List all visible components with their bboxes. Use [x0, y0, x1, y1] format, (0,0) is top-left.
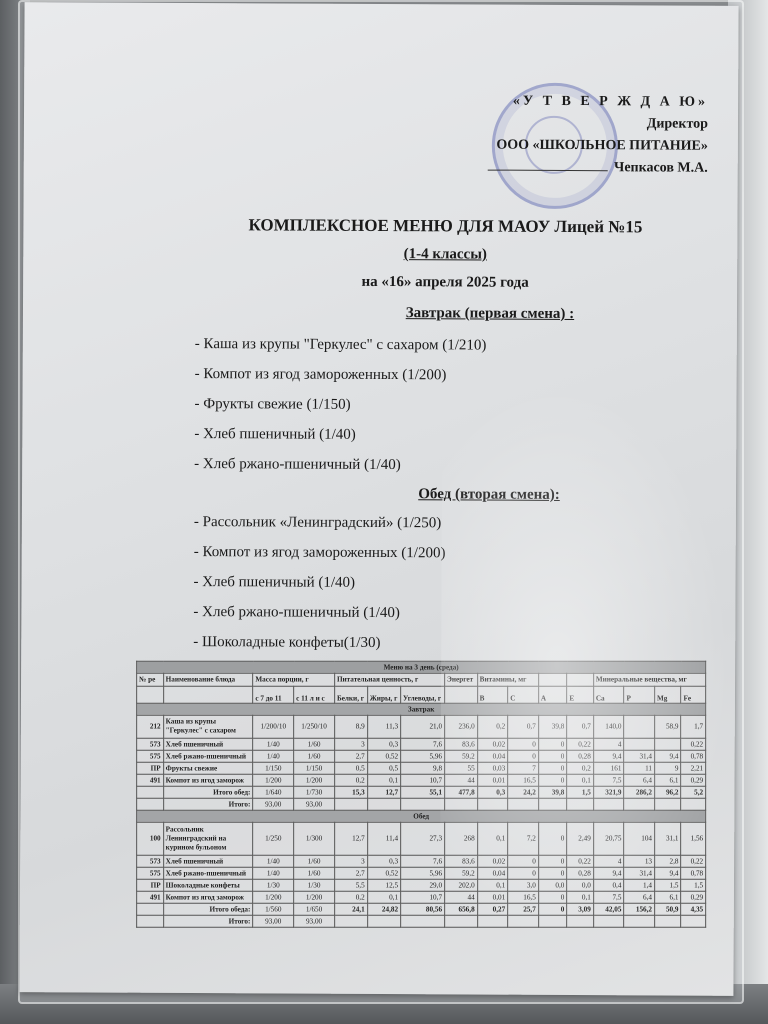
value-cell: 0,3: [367, 855, 400, 867]
list-item: Шоколадные конфеты(1/30): [193, 627, 445, 658]
value-cell: 3: [334, 738, 367, 750]
subheader-cell: B: [477, 686, 508, 703]
approval-signatory: Чепкасов М.А.: [614, 160, 708, 175]
header-vitamins: Витамины, мг: [477, 673, 538, 686]
value-cell: 1,5: [655, 879, 682, 891]
portion-11-plus: 1/200: [294, 774, 335, 786]
total-value: 5,2: [681, 786, 706, 798]
subheader-cell: A: [538, 686, 567, 703]
table-cell: [137, 686, 164, 703]
table-cell: [334, 915, 367, 927]
value-cell: 0,02: [477, 855, 508, 867]
section-breakfast: Завтрак: [137, 703, 706, 715]
value-cell: 9,4: [655, 867, 682, 879]
table-cell: [508, 915, 539, 927]
value-cell: [624, 715, 655, 738]
portion-7-11: 1/40: [253, 738, 294, 750]
table-cell: [137, 798, 164, 810]
table-cell: [624, 798, 655, 810]
value-cell: 0: [538, 774, 567, 786]
value-cell: 1,4: [624, 879, 655, 891]
value-cell: 2,21: [681, 762, 706, 774]
value-cell: 0,7: [567, 715, 594, 738]
value-cell: 13: [624, 855, 655, 867]
portion-11-plus: 1/250/10: [294, 715, 335, 738]
value-cell: 0: [538, 762, 567, 774]
value-cell: 0,2: [334, 774, 367, 786]
list-item: Каша из крупы "Геркулес" с сахаром (1/21…: [195, 329, 487, 361]
date-line: на «16» апреля 2025 года: [23, 272, 737, 293]
value-cell: 9,4: [593, 867, 624, 879]
value-cell: 0,0: [538, 879, 567, 891]
subheader-cell: с 7 до 11: [253, 686, 294, 703]
header-nutrition: Питательная ценность, г: [334, 673, 444, 686]
table-row: ПРФрукты свежие1/1501/1500,50,59,8550,03…: [137, 762, 706, 774]
value-cell: 0,52: [367, 750, 400, 762]
grand-total-label: Итого:: [163, 798, 253, 810]
value-cell: 0,02: [477, 738, 508, 750]
value-cell: 0,4: [593, 879, 624, 891]
value-cell: 0,29: [681, 774, 706, 786]
value-cell: 1,56: [681, 822, 706, 855]
subheader-cell: Ca: [593, 686, 624, 703]
total-value: 39,8: [538, 786, 567, 798]
total-value: 156,2: [624, 903, 655, 915]
approval-heading: «У Т В Е Р Ж Д А Ю»: [488, 91, 708, 114]
subheader-cell: Mg: [655, 686, 682, 703]
value-cell: 0: [538, 855, 567, 867]
table-caption: Меню на 3 день (среда): [137, 661, 706, 673]
value-cell: 6,1: [655, 774, 682, 786]
dish-name: Рассольник Ленинградский на курином буль…: [163, 822, 253, 855]
recipe-number: 575: [137, 867, 164, 879]
total-value: 24,1: [334, 903, 367, 915]
table-cell: [538, 798, 567, 810]
total-value: 0,27: [477, 903, 508, 915]
value-cell: 10,7: [401, 891, 445, 903]
table-cell: [477, 915, 508, 927]
subheader-cell: [445, 686, 478, 703]
value-cell: 104: [624, 822, 655, 855]
dish-name: Шоколадные конфеты: [163, 879, 253, 891]
value-cell: 0,7: [508, 715, 539, 738]
total-value: 0: [538, 903, 567, 915]
value-cell: 0,01: [477, 774, 508, 786]
breakfast-heading: Завтрак (первая смена) :: [23, 303, 737, 324]
portion-11-plus: 1/300: [294, 822, 335, 855]
list-item: Хлеб ржано-пшеничный (1/40): [193, 597, 445, 628]
subheader-cell: C: [508, 686, 539, 703]
table-cell: [567, 673, 594, 686]
value-cell: 11,4: [367, 822, 400, 855]
value-cell: 0,52: [367, 867, 400, 879]
portion-11-plus: 1/60: [294, 738, 335, 750]
table-cell: [624, 915, 655, 927]
list-item: Хлеб пшеничный (1/40): [193, 567, 445, 598]
total-value: 24,2: [508, 786, 539, 798]
recipe-number: 575: [137, 750, 164, 762]
subheader-cell: Жиры, г: [367, 686, 400, 703]
dish-name: Хлеб пшеничный: [163, 738, 253, 750]
value-cell: 0,22: [567, 738, 594, 750]
portion-7-11: 1/250: [253, 822, 294, 855]
value-cell: 3: [334, 855, 367, 867]
total-value: 3,09: [567, 903, 594, 915]
portion-11-plus: 1/200: [294, 891, 335, 903]
value-cell: [624, 738, 655, 750]
dish-name: Компот из ягод заморож: [163, 774, 253, 786]
table-cell: [137, 915, 164, 927]
total-value: 55,1: [401, 786, 445, 798]
grand-total-11-plus: 93,00: [294, 798, 335, 810]
value-cell: 0,1: [477, 879, 508, 891]
portion-7-11: 1/40: [253, 750, 294, 762]
table-cell: [567, 798, 594, 810]
value-cell: 44: [445, 774, 478, 786]
total-value: 24,82: [367, 903, 400, 915]
value-cell: 2,49: [567, 822, 594, 855]
total-value: 80,56: [401, 903, 445, 915]
value-cell: 2,8: [655, 855, 682, 867]
value-cell: 2,7: [334, 750, 367, 762]
value-cell: 55: [445, 762, 478, 774]
total-portion-11-plus: 1/650: [294, 903, 335, 915]
value-cell: 31,1: [655, 822, 682, 855]
list-item: Хлеб ржано-пшеничный (1/40): [194, 449, 486, 481]
header-portion: Масса порции, г: [253, 673, 335, 686]
portion-11-plus: 1/60: [294, 750, 335, 762]
value-cell: [655, 738, 682, 750]
value-cell: 0,2: [334, 891, 367, 903]
value-cell: 0: [508, 867, 539, 879]
value-cell: 16,5: [508, 891, 539, 903]
value-cell: 0,1: [367, 891, 400, 903]
table-row: 573Хлеб пшеничный1/401/6030,37,683,60,02…: [137, 855, 706, 867]
table-cell: [401, 798, 445, 810]
value-cell: 8,9: [334, 715, 367, 738]
dish-name: Хлеб ржано-пшеничный: [163, 867, 253, 879]
grand-total-11-plus: 93,00: [294, 915, 335, 927]
portion-7-11: 1/150: [253, 762, 294, 774]
value-cell: 0,1: [567, 774, 594, 786]
value-cell: 4: [593, 855, 624, 867]
portion-11-plus: 1/150: [294, 762, 335, 774]
total-value: 50,9: [655, 903, 682, 915]
value-cell: 10,7: [401, 774, 445, 786]
value-cell: 0: [538, 867, 567, 879]
table-cell: [538, 915, 567, 927]
value-cell: 7: [508, 762, 539, 774]
grand-total-7-11: 93,00: [253, 915, 294, 927]
value-cell: 9: [655, 762, 682, 774]
value-cell: 0: [538, 750, 567, 762]
value-cell: 11,3: [367, 715, 400, 738]
portion-7-11: 1/200/10: [253, 715, 294, 738]
value-cell: 11: [624, 762, 655, 774]
dish-name: Каша из крупы "Геркулес" с сахаром: [163, 715, 253, 738]
section-lunch: Обед: [137, 810, 706, 822]
grand-total-row: Итого:93,0093,00: [137, 915, 706, 927]
total-value: 15,3: [334, 786, 367, 798]
approval-block: «У Т В Е Р Ж Д А Ю» Директор ООО «ШКОЛЬН…: [488, 91, 708, 180]
table-cell: [655, 915, 682, 927]
table-row: 573Хлеб пшеничный1/401/6030,37,683,60,02…: [137, 738, 706, 750]
table-cell: [477, 798, 508, 810]
table-row: 575Хлеб ржано-пшеничный1/401/602,70,525,…: [137, 750, 706, 762]
table-cell: [367, 915, 400, 927]
recipe-number: 573: [137, 738, 164, 750]
value-cell: 31,4: [624, 750, 655, 762]
value-cell: 161: [593, 762, 624, 774]
value-cell: 7,5: [593, 891, 624, 903]
value-cell: 0,04: [477, 867, 508, 879]
total-portion-7-11: 1/560: [253, 903, 294, 915]
table-cell: [593, 915, 624, 927]
table-cell: [137, 903, 164, 915]
value-cell: 83,6: [445, 738, 478, 750]
value-cell: 31,4: [624, 867, 655, 879]
total-value: 477,8: [445, 786, 478, 798]
dish-name: Фрукты свежие: [163, 762, 253, 774]
value-cell: 44: [445, 891, 478, 903]
value-cell: 5,96: [401, 867, 445, 879]
value-cell: 0,78: [681, 867, 706, 879]
portion-7-11: 1/40: [253, 867, 294, 879]
value-cell: 0,22: [681, 738, 706, 750]
list-item: Компот из ягод замороженных (1/200): [195, 359, 487, 391]
table-cell: [137, 786, 164, 798]
value-cell: 0,0: [567, 879, 594, 891]
table-caption-row: Меню на 3 день (среда): [137, 661, 706, 673]
grades-label: (1-4 классы): [23, 244, 737, 265]
table-subheader-row: с 7 до 11с 11 л и сБелки, гЖиры, гУглево…: [137, 686, 706, 703]
header-dish: Наименование блюда: [163, 673, 253, 686]
section-label: Завтрак: [137, 703, 706, 715]
lunch-heading: Обед (вторая смена):: [22, 484, 736, 505]
table-cell: [445, 798, 478, 810]
table-cell: [681, 915, 706, 927]
approval-organization: ООО «ШКОЛЬНОЕ ПИТАНИЕ»: [488, 135, 708, 158]
value-cell: 0,2: [477, 715, 508, 738]
value-cell: 9,4: [655, 750, 682, 762]
value-cell: 236,0: [445, 715, 478, 738]
signature-line: [488, 170, 608, 172]
table-cell: [401, 915, 445, 927]
nutrition-table: Меню на 3 день (среда)№ реНаименование б…: [136, 661, 706, 928]
portion-11-plus: 1/60: [294, 867, 335, 879]
value-cell: 5,96: [401, 750, 445, 762]
total-row: Итого обед:1/6401/73015,312,755,1477,80,…: [137, 786, 706, 798]
value-cell: 59,2: [445, 867, 478, 879]
value-cell: 0,2: [567, 762, 594, 774]
value-cell: 7,6: [401, 738, 445, 750]
table-cell: [334, 798, 367, 810]
total-value: 25,7: [508, 903, 539, 915]
value-cell: 0,22: [567, 855, 594, 867]
header-minerals: Минеральные вещества, мг: [593, 673, 705, 686]
grand-total-label: Итого:: [163, 915, 253, 927]
total-portion-11-plus: 1/730: [294, 786, 335, 798]
table-cell: [538, 673, 567, 686]
table-header-row: № реНаименование блюдаМасса порции, гПит…: [137, 673, 706, 686]
lunch-list: Рассольник «Ленинградский» (1/250) Компо…: [193, 507, 446, 658]
total-value: 0,3: [477, 786, 508, 798]
table-row: 212Каша из крупы "Геркулес" с сахаром1/2…: [137, 715, 706, 738]
dish-name: Компот из ягод заморож: [163, 891, 253, 903]
recipe-number: 491: [137, 891, 164, 903]
value-cell: 268: [445, 822, 478, 855]
value-cell: 21,0: [401, 715, 445, 738]
total-value: 42,05: [593, 903, 624, 915]
dish-name: Хлеб ржано-пшеничный: [163, 750, 253, 762]
total-value: 96,2: [655, 786, 682, 798]
value-cell: 0: [508, 750, 539, 762]
table-cell: [508, 798, 539, 810]
value-cell: 58,9: [655, 715, 682, 738]
approval-position: Директор: [488, 113, 708, 136]
page-title: КОМПЛЕКСНОЕ МЕНЮ ДЛЯ МАОУ Лицей №15: [23, 214, 737, 238]
value-cell: 0,1: [567, 891, 594, 903]
value-cell: 7,2: [508, 822, 539, 855]
subheader-cell: P: [624, 686, 655, 703]
total-value: 1,5: [567, 786, 594, 798]
subheader-cell: с 11 л и с: [294, 686, 335, 703]
table-cell: [567, 915, 594, 927]
table-row: 491Компот из ягод заморож1/2001/2000,20,…: [137, 774, 706, 786]
value-cell: 0: [538, 738, 567, 750]
table-cell: [367, 798, 400, 810]
value-cell: 3,0: [508, 879, 539, 891]
recipe-number: ПР: [137, 879, 164, 891]
subheader-cell: E: [567, 686, 594, 703]
breakfast-list: Каша из крупы "Геркулес" с сахаром (1/21…: [194, 329, 486, 481]
value-cell: 7,6: [401, 855, 445, 867]
value-cell: 202,0: [445, 879, 478, 891]
table-cell: [593, 798, 624, 810]
portion-11-plus: 1/60: [294, 855, 335, 867]
total-value: 656,8: [445, 903, 478, 915]
list-item: Хлеб пшеничный (1/40): [194, 419, 486, 451]
value-cell: 0,22: [681, 855, 706, 867]
list-item: Рассольник «Ленинградский» (1/250): [194, 507, 446, 538]
value-cell: 9,8: [401, 762, 445, 774]
value-cell: 0,04: [477, 750, 508, 762]
value-cell: 0,1: [477, 822, 508, 855]
value-cell: 1,7: [681, 715, 706, 738]
value-cell: 0,5: [334, 762, 367, 774]
value-cell: 7,5: [593, 774, 624, 786]
table-row: ПРШоколадные конфеты1/301/305,512,529,02…: [137, 879, 706, 891]
subheader-cell: Углеводы, г: [401, 686, 445, 703]
table-cell: [655, 798, 682, 810]
table-cell: [163, 686, 253, 703]
recipe-number: 491: [137, 774, 164, 786]
value-cell: 12,7: [334, 822, 367, 855]
portion-11-plus: 1/30: [294, 879, 335, 891]
value-cell: 5,5: [334, 879, 367, 891]
table-cell: [681, 798, 706, 810]
portion-7-11: 1/200: [253, 891, 294, 903]
total-label: Итого обеда:: [163, 903, 253, 915]
total-value: 286,2: [624, 786, 655, 798]
dish-name: Хлеб пшеничный: [163, 855, 253, 867]
grand-total-7-11: 93,00: [253, 798, 294, 810]
value-cell: 6,4: [624, 891, 655, 903]
value-cell: 83,6: [445, 855, 478, 867]
recipe-number: 212: [137, 715, 164, 738]
value-cell: 1,5: [681, 879, 706, 891]
value-cell: 0: [538, 822, 567, 855]
value-cell: 0,28: [567, 867, 594, 879]
section-label: Обед: [137, 810, 706, 822]
value-cell: 4: [593, 738, 624, 750]
value-cell: 0: [508, 855, 539, 867]
value-cell: 39,8: [538, 715, 567, 738]
value-cell: 140,0: [593, 715, 624, 738]
header-recipe-no: № ре: [137, 673, 164, 686]
recipe-number: 573: [137, 855, 164, 867]
value-cell: 16,5: [508, 774, 539, 786]
value-cell: 59,2: [445, 750, 478, 762]
subheader-cell: Fe: [681, 686, 706, 703]
portion-7-11: 1/200: [253, 774, 294, 786]
menu-sheet: «У Т В Е Р Ж Д А Ю» Директор ООО «ШКОЛЬН…: [19, 2, 738, 996]
portion-7-11: 1/30: [253, 879, 294, 891]
total-value: 12,7: [367, 786, 400, 798]
value-cell: 27,3: [401, 822, 445, 855]
value-cell: 20,75: [593, 822, 624, 855]
total-value: 321,9: [593, 786, 624, 798]
grand-total-row: Итого:93,0093,00: [137, 798, 706, 810]
list-item: Компот из ягод замороженных (1/200): [194, 537, 446, 568]
total-portion-7-11: 1/640: [253, 786, 294, 798]
value-cell: 0,28: [567, 750, 594, 762]
value-cell: 0: [508, 738, 539, 750]
subheader-cell: Белки, г: [334, 686, 367, 703]
total-label: Итого обед:: [163, 786, 253, 798]
value-cell: 6,4: [624, 774, 655, 786]
table-row: 100Рассольник Ленинградский на курином б…: [137, 822, 706, 855]
value-cell: 0: [538, 891, 567, 903]
header-energy: Энергет: [445, 673, 478, 686]
value-cell: 9,4: [593, 750, 624, 762]
table-cell: [445, 915, 478, 927]
value-cell: 12,5: [367, 879, 400, 891]
value-cell: 0,01: [477, 891, 508, 903]
total-row: Итого обеда:1/5601/65024,124,8280,56656,…: [137, 903, 706, 915]
value-cell: 6,1: [655, 891, 682, 903]
table-row: 491Компот из ягод заморож1/2001/2000,20,…: [137, 891, 706, 903]
value-cell: 0,78: [681, 750, 706, 762]
total-value: 4,35: [681, 903, 706, 915]
value-cell: 29,0: [401, 879, 445, 891]
list-item: Фрукты свежие (1/150): [194, 389, 486, 421]
table-row: 575Хлеб ржано-пшеничный1/401/602,70,525,…: [137, 867, 706, 879]
recipe-number: 100: [137, 822, 164, 855]
value-cell: 0,3: [367, 738, 400, 750]
value-cell: 0,29: [681, 891, 706, 903]
value-cell: 0,1: [367, 774, 400, 786]
value-cell: 2,7: [334, 867, 367, 879]
portion-7-11: 1/40: [253, 855, 294, 867]
recipe-number: ПР: [137, 762, 164, 774]
value-cell: 0,5: [367, 762, 400, 774]
value-cell: 0,03: [477, 762, 508, 774]
